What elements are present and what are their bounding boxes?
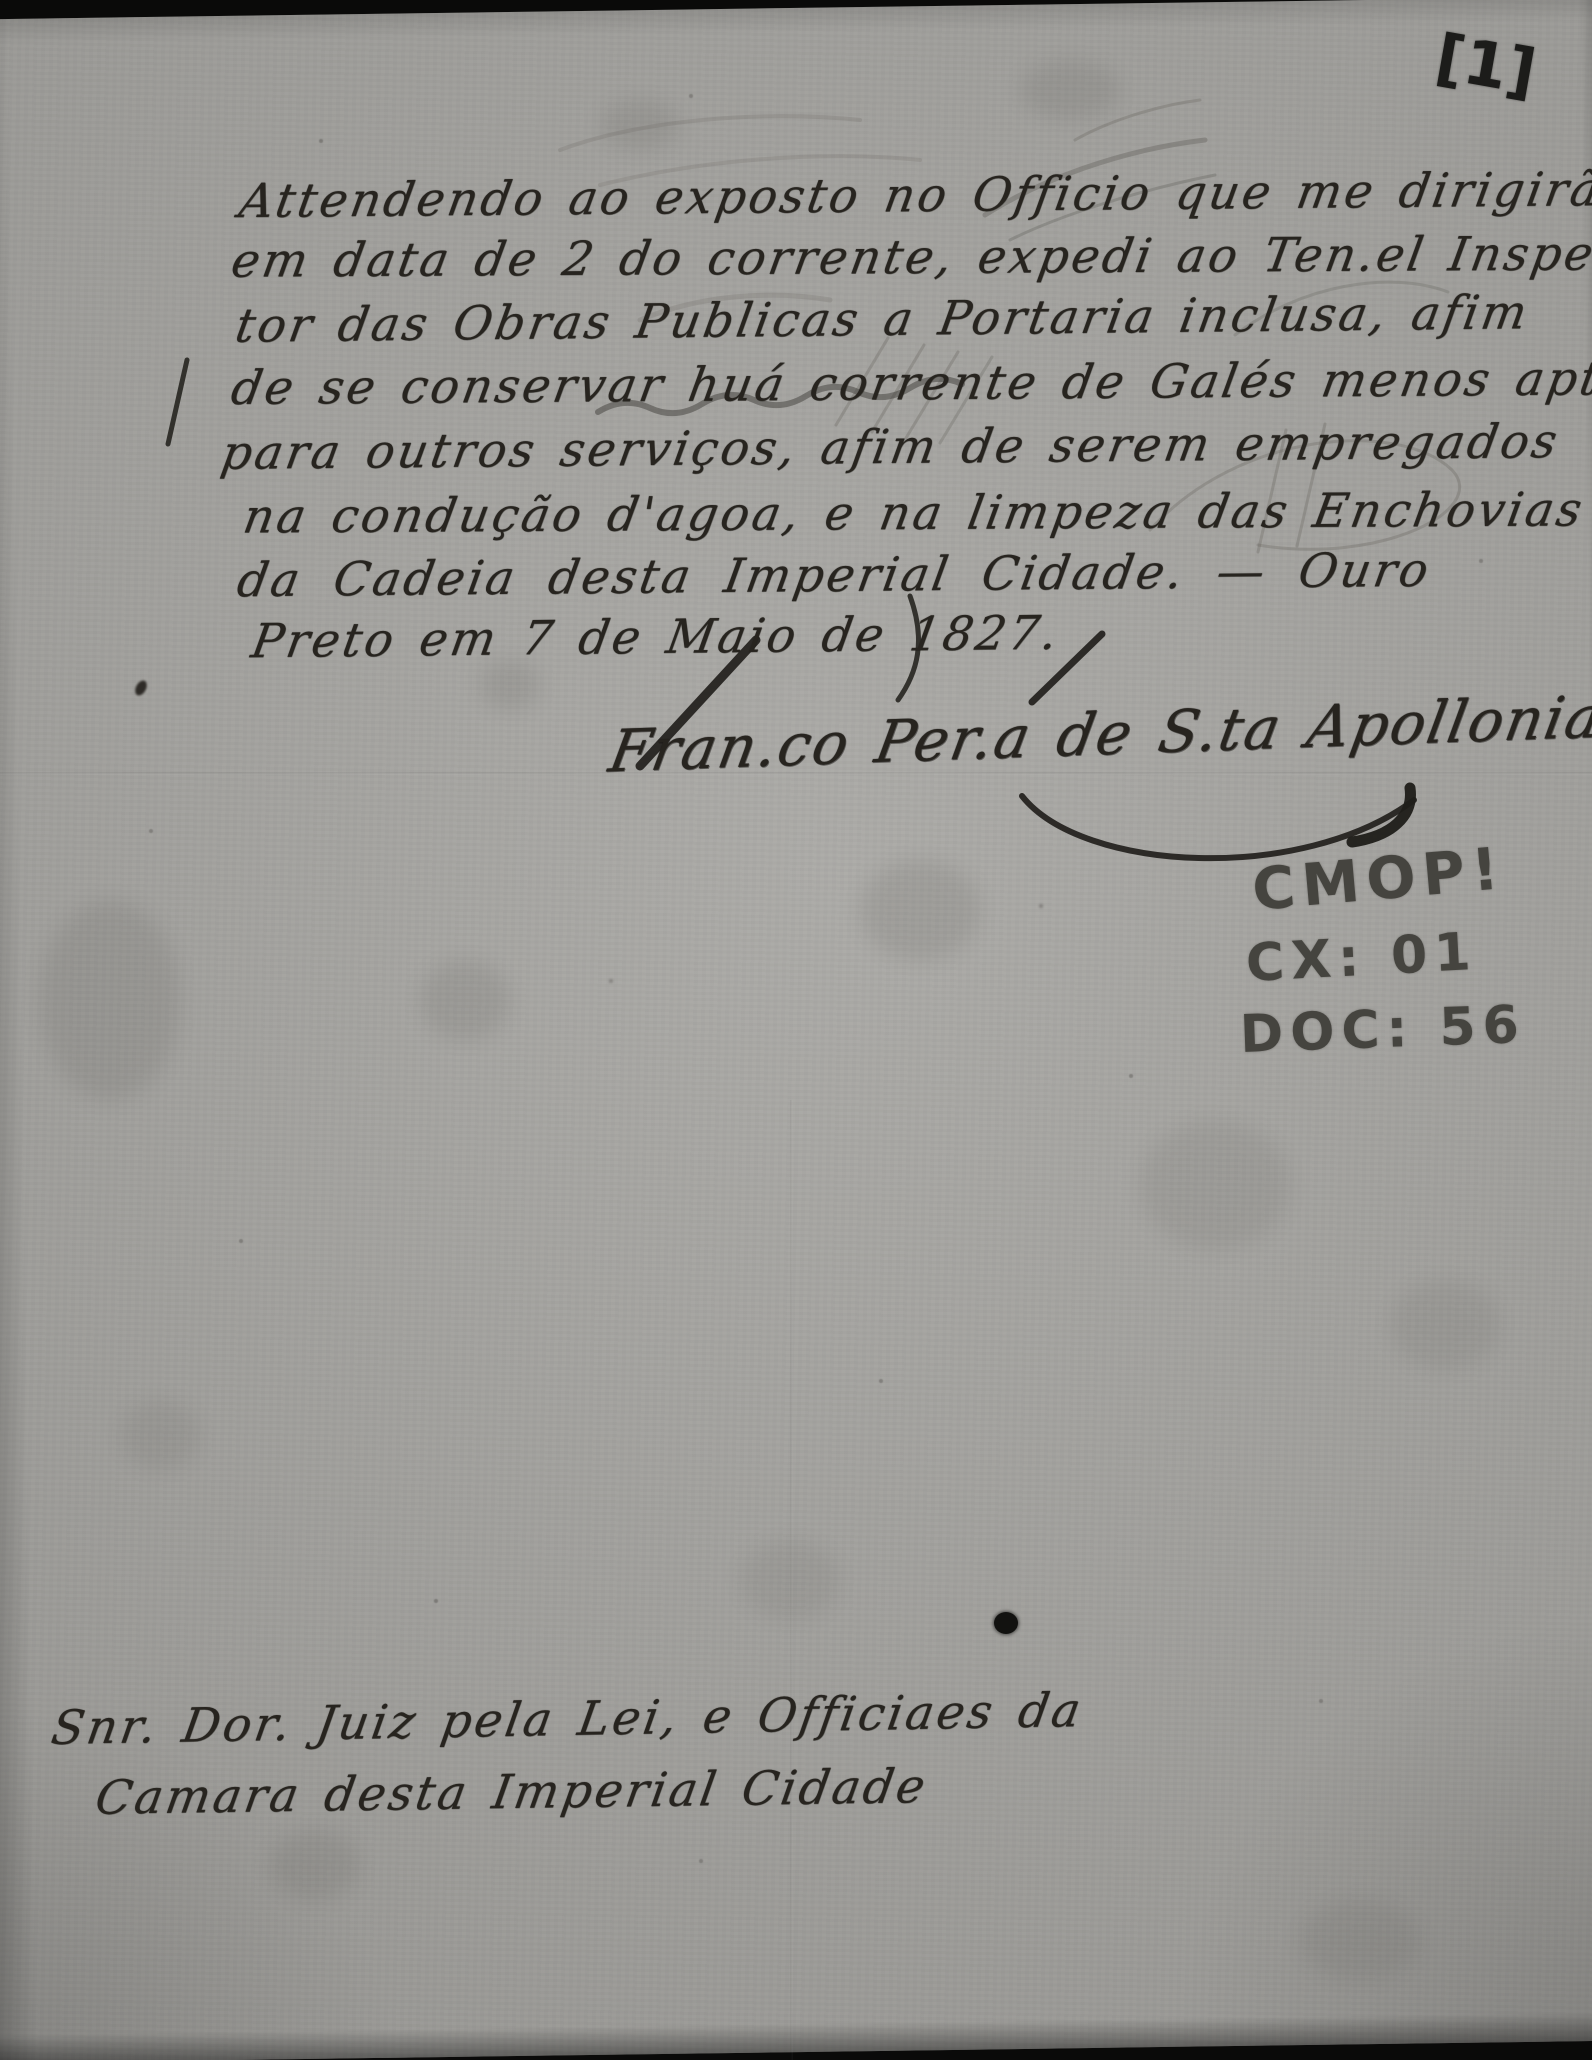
manuscript-line: de se conservar huá corrente de Galés me…: [227, 351, 1592, 416]
manuscript-line: da Cadeia desta Imperial Cidade. — Ouro: [233, 543, 1435, 608]
manuscript-line: em data de 2 do corrente, expedi ao Ten.…: [227, 226, 1592, 288]
document-scan: [1] Attendendo ao exposto no Officio que…: [0, 0, 1592, 2060]
manuscript-line: Attendendo ao exposto no Officio que me …: [235, 162, 1592, 229]
ink-blot: [994, 1612, 1018, 1634]
archival-mark-box: CX: 01: [1245, 922, 1479, 994]
manuscript-line: para outros serviços, afim de serem empr…: [217, 414, 1563, 481]
footer-address-line: Camara desta Imperial Cidade: [92, 1759, 932, 1826]
manuscript-line: Preto em 7 de Maio de 1827.: [247, 606, 1064, 670]
archival-mark-document: DOC: 56: [1239, 995, 1527, 1065]
manuscript-line: na condução d'agoa, e na limpeza das Enc…: [239, 482, 1588, 544]
